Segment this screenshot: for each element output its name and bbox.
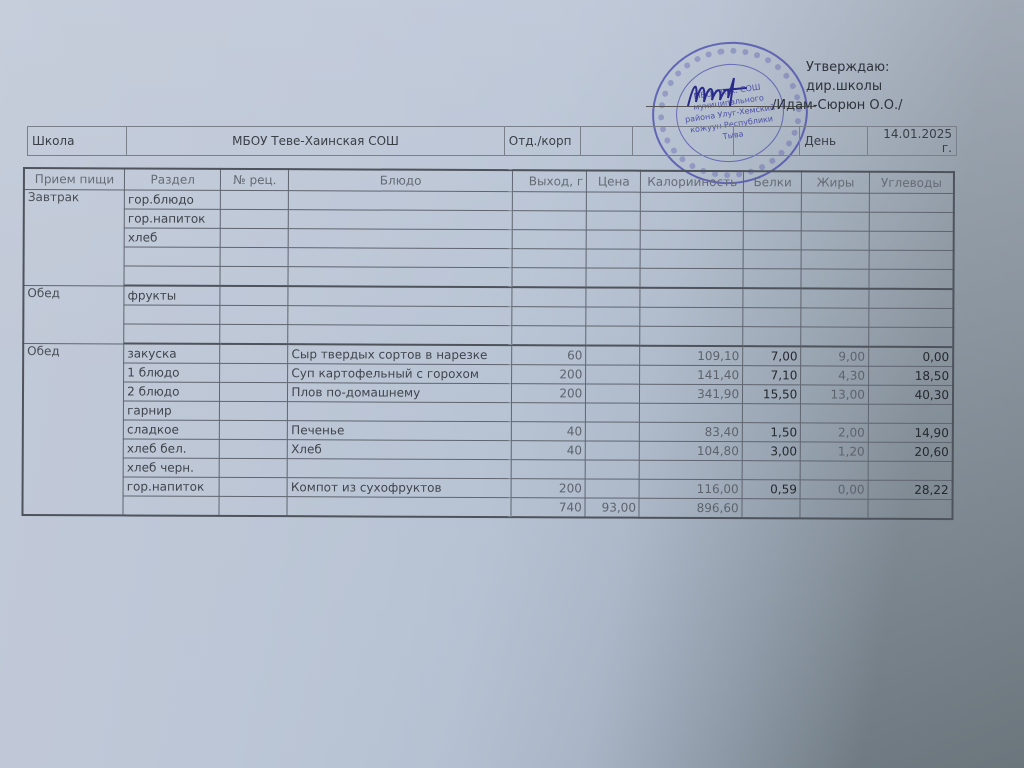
fat-cell: 4,30 bbox=[801, 366, 869, 385]
recipe-cell bbox=[220, 344, 288, 364]
price-cell bbox=[585, 479, 639, 498]
section-cell: гор.блюдо bbox=[124, 190, 220, 209]
price-cell bbox=[586, 287, 640, 307]
protein-cell bbox=[742, 499, 800, 519]
carbs-cell: 18,50 bbox=[868, 366, 953, 385]
col-price: Цена bbox=[587, 170, 641, 192]
price-cell bbox=[586, 307, 640, 326]
col-recipe: № рец. bbox=[221, 169, 289, 191]
recipe-cell bbox=[220, 305, 288, 324]
kcal-cell: 896,60 bbox=[639, 498, 742, 518]
recipe-cell bbox=[220, 266, 288, 286]
meal-cell: Обед bbox=[23, 285, 124, 343]
col-dish: Блюдо bbox=[289, 169, 513, 191]
day-label: День bbox=[800, 127, 868, 156]
weight-cell bbox=[512, 307, 586, 326]
meal-cell: Обед bbox=[22, 343, 123, 515]
carbs-cell: 28,22 bbox=[868, 480, 953, 499]
protein-cell bbox=[743, 308, 801, 327]
section-cell bbox=[124, 266, 220, 286]
weight-cell bbox=[512, 287, 586, 307]
section-cell: 2 блюдо bbox=[124, 382, 220, 401]
protein-cell bbox=[743, 327, 801, 347]
weight-cell: 60 bbox=[512, 345, 586, 365]
carbs-cell bbox=[868, 461, 953, 480]
fat-cell: 0,00 bbox=[800, 480, 868, 499]
meal-cell: Завтрак bbox=[23, 190, 124, 286]
kcal-cell bbox=[641, 249, 744, 268]
kcal-cell bbox=[641, 192, 744, 211]
protein-cell bbox=[743, 269, 801, 289]
recipe-cell bbox=[220, 324, 288, 344]
protein-cell bbox=[743, 288, 801, 308]
section-cell: хлеб бел. bbox=[123, 439, 219, 458]
protein-cell: 3,00 bbox=[742, 442, 800, 461]
price-cell bbox=[587, 192, 641, 211]
fat-cell bbox=[801, 288, 869, 308]
kcal-cell: 141,40 bbox=[640, 365, 743, 384]
col-kcal: Калорийность bbox=[641, 171, 744, 193]
fat-cell: 1,20 bbox=[801, 442, 869, 461]
dish-cell bbox=[288, 229, 512, 249]
weight-cell: 200 bbox=[512, 365, 586, 384]
protein-cell: 15,50 bbox=[743, 385, 801, 404]
dish-cell: Компот из сухофруктов bbox=[287, 478, 511, 498]
recipe-cell bbox=[220, 458, 288, 477]
carbs-cell bbox=[869, 289, 954, 309]
kcal-cell: 341,90 bbox=[640, 384, 743, 403]
price-cell bbox=[586, 249, 640, 268]
fat-cell bbox=[801, 250, 869, 269]
protein-cell: 7,10 bbox=[743, 366, 801, 385]
price-cell bbox=[586, 345, 640, 365]
carbs-cell bbox=[869, 269, 954, 289]
dish-cell bbox=[288, 286, 512, 306]
dish-cell: Суп картофельный с горохом bbox=[288, 364, 512, 384]
school-name: МБОУ Теве-Хаинская СОШ bbox=[127, 127, 505, 156]
protein-cell: 7,00 bbox=[743, 346, 801, 366]
approval-block: Утверждаю: дир.школы /Идам-Сюрюн О.О./ bbox=[806, 58, 889, 96]
carbs-cell: 40,30 bbox=[868, 385, 953, 404]
approval-title: Утверждаю: bbox=[806, 58, 889, 77]
carbs-cell bbox=[869, 231, 954, 250]
kcal-cell bbox=[640, 326, 743, 346]
kcal-cell: 109,10 bbox=[640, 346, 743, 366]
weight-cell bbox=[512, 268, 586, 288]
carbs-cell bbox=[869, 193, 954, 212]
section-cell bbox=[124, 247, 220, 266]
weight-cell bbox=[512, 249, 586, 268]
fat-cell bbox=[801, 308, 869, 327]
section-cell: хлеб черн. bbox=[123, 458, 219, 477]
section-cell bbox=[124, 324, 220, 344]
section-cell: закуска bbox=[124, 343, 220, 363]
weight-cell: 200 bbox=[512, 384, 586, 403]
fat-cell: 2,00 bbox=[801, 423, 869, 442]
col-protein: Белки bbox=[743, 171, 801, 193]
dish-cell bbox=[288, 325, 512, 345]
carbs-cell: 20,60 bbox=[868, 442, 953, 461]
menu-table: Прием пищи Раздел № рец. Блюдо Выход, г … bbox=[21, 167, 955, 520]
carbs-cell bbox=[869, 212, 954, 231]
carbs-cell bbox=[868, 499, 953, 519]
kcal-cell: 116,00 bbox=[640, 479, 743, 498]
recipe-cell bbox=[220, 363, 288, 382]
dish-cell bbox=[287, 459, 511, 479]
price-cell bbox=[586, 403, 640, 422]
recipe-cell bbox=[219, 496, 287, 516]
section-cell: хлеб bbox=[124, 228, 220, 247]
kcal-cell: 104,80 bbox=[640, 441, 743, 460]
section-cell: 1 блюдо bbox=[124, 363, 220, 382]
kcal-cell bbox=[640, 288, 743, 308]
weight-cell: 40 bbox=[511, 422, 585, 441]
recipe-cell bbox=[220, 382, 288, 401]
fat-cell bbox=[802, 193, 870, 212]
price-cell bbox=[586, 268, 640, 288]
recipe-cell bbox=[220, 286, 288, 306]
col-section: Раздел bbox=[125, 168, 221, 190]
school-label: Школа bbox=[28, 127, 127, 156]
weight-cell bbox=[512, 230, 586, 249]
weight-cell: 40 bbox=[511, 441, 585, 460]
menu-date: 14.01.2025 г. bbox=[868, 127, 957, 156]
dish-cell: Хлеб bbox=[288, 440, 512, 460]
dish-cell: Печенье bbox=[288, 421, 512, 441]
kcal-cell bbox=[640, 268, 743, 288]
dish-cell: Сыр твердых сортов в нарезке bbox=[288, 344, 512, 364]
carbs-cell bbox=[869, 250, 954, 269]
kcal-cell bbox=[640, 460, 743, 479]
menu-table-body: Завтракгор.блюдогор.напитокхлебОбедфрукт… bbox=[22, 190, 953, 520]
approval-position: дир.школы bbox=[806, 77, 889, 96]
col-meal: Прием пищи bbox=[24, 168, 125, 190]
carbs-cell: 14,90 bbox=[868, 423, 953, 442]
protein-cell bbox=[743, 212, 801, 231]
protein-cell bbox=[743, 231, 801, 250]
dish-cell bbox=[288, 402, 512, 422]
protein-cell bbox=[742, 461, 800, 480]
recipe-cell bbox=[221, 209, 289, 228]
section-cell: гор.напиток bbox=[123, 477, 219, 496]
col-weight: Выход, г bbox=[512, 170, 586, 192]
recipe-cell bbox=[219, 477, 287, 496]
protein-cell bbox=[743, 250, 801, 269]
recipe-cell bbox=[220, 247, 288, 266]
col-fat: Жиры bbox=[802, 171, 870, 193]
fat-cell bbox=[800, 461, 868, 480]
price-cell bbox=[586, 326, 640, 346]
price-cell bbox=[586, 384, 640, 403]
fat-cell: 9,00 bbox=[801, 346, 869, 366]
section-cell: гор.напиток bbox=[124, 209, 220, 228]
weight-cell bbox=[511, 403, 585, 422]
dept-label: Отд./корп bbox=[504, 127, 580, 156]
section-cell: сладкое bbox=[123, 420, 219, 439]
dept-value bbox=[580, 127, 632, 156]
table-row: 74093,00896,60 bbox=[22, 496, 952, 520]
section-cell: фрукты bbox=[124, 285, 220, 305]
price-cell bbox=[586, 422, 640, 441]
weight-cell bbox=[512, 211, 586, 230]
recipe-cell bbox=[221, 190, 289, 209]
kcal-cell bbox=[641, 230, 744, 249]
price-cell bbox=[586, 365, 640, 384]
kcal-cell bbox=[640, 403, 743, 422]
weight-cell: 200 bbox=[511, 479, 585, 498]
recipe-cell bbox=[221, 228, 289, 247]
carbs-cell: 0,00 bbox=[869, 347, 954, 367]
fat-cell bbox=[801, 404, 869, 423]
fat-cell bbox=[800, 499, 868, 519]
kcal-cell bbox=[641, 211, 744, 230]
protein-cell: 0,59 bbox=[742, 480, 800, 499]
protein-cell bbox=[743, 193, 801, 212]
recipe-cell bbox=[220, 401, 288, 420]
approval-signer: /Идам-Сюрюн О.О./ bbox=[772, 96, 903, 115]
dish-cell bbox=[288, 306, 512, 326]
dish-cell bbox=[289, 210, 513, 230]
fat-cell: 13,00 bbox=[801, 385, 869, 404]
section-cell bbox=[124, 305, 220, 324]
protein-cell bbox=[742, 404, 800, 423]
recipe-cell bbox=[220, 420, 288, 439]
price-cell bbox=[585, 460, 639, 479]
recipe-cell bbox=[220, 439, 288, 458]
price-cell bbox=[586, 211, 640, 230]
dish-cell bbox=[287, 497, 511, 517]
fat-cell bbox=[801, 327, 869, 347]
dish-cell bbox=[288, 248, 512, 268]
fat-cell bbox=[801, 231, 869, 250]
kcal-cell bbox=[640, 307, 743, 326]
kcal-cell: 83,40 bbox=[640, 422, 743, 441]
carbs-cell bbox=[868, 404, 953, 423]
fat-cell bbox=[801, 269, 869, 289]
price-cell bbox=[586, 230, 640, 249]
fat-cell bbox=[802, 212, 870, 231]
carbs-cell bbox=[869, 308, 954, 327]
weight-cell bbox=[512, 326, 586, 346]
section-cell: гарнир bbox=[124, 401, 220, 420]
dish-cell bbox=[288, 267, 512, 287]
section-cell bbox=[123, 496, 219, 516]
school-header: Школа МБОУ Теве-Хаинская СОШ Отд./корп Д… bbox=[27, 126, 957, 156]
price-cell bbox=[585, 441, 639, 460]
header-empty-cell bbox=[632, 127, 733, 156]
dish-cell: Плов по-домашнему bbox=[288, 383, 512, 403]
weight-cell bbox=[512, 192, 586, 211]
dish-cell bbox=[289, 191, 513, 211]
carbs-cell bbox=[869, 327, 954, 347]
price-cell: 93,00 bbox=[585, 498, 639, 518]
weight-cell bbox=[511, 460, 585, 479]
header-empty-cell bbox=[733, 127, 800, 156]
weight-cell: 740 bbox=[511, 498, 585, 518]
col-carbs: Углеводы bbox=[869, 172, 954, 194]
protein-cell: 1,50 bbox=[742, 423, 800, 442]
